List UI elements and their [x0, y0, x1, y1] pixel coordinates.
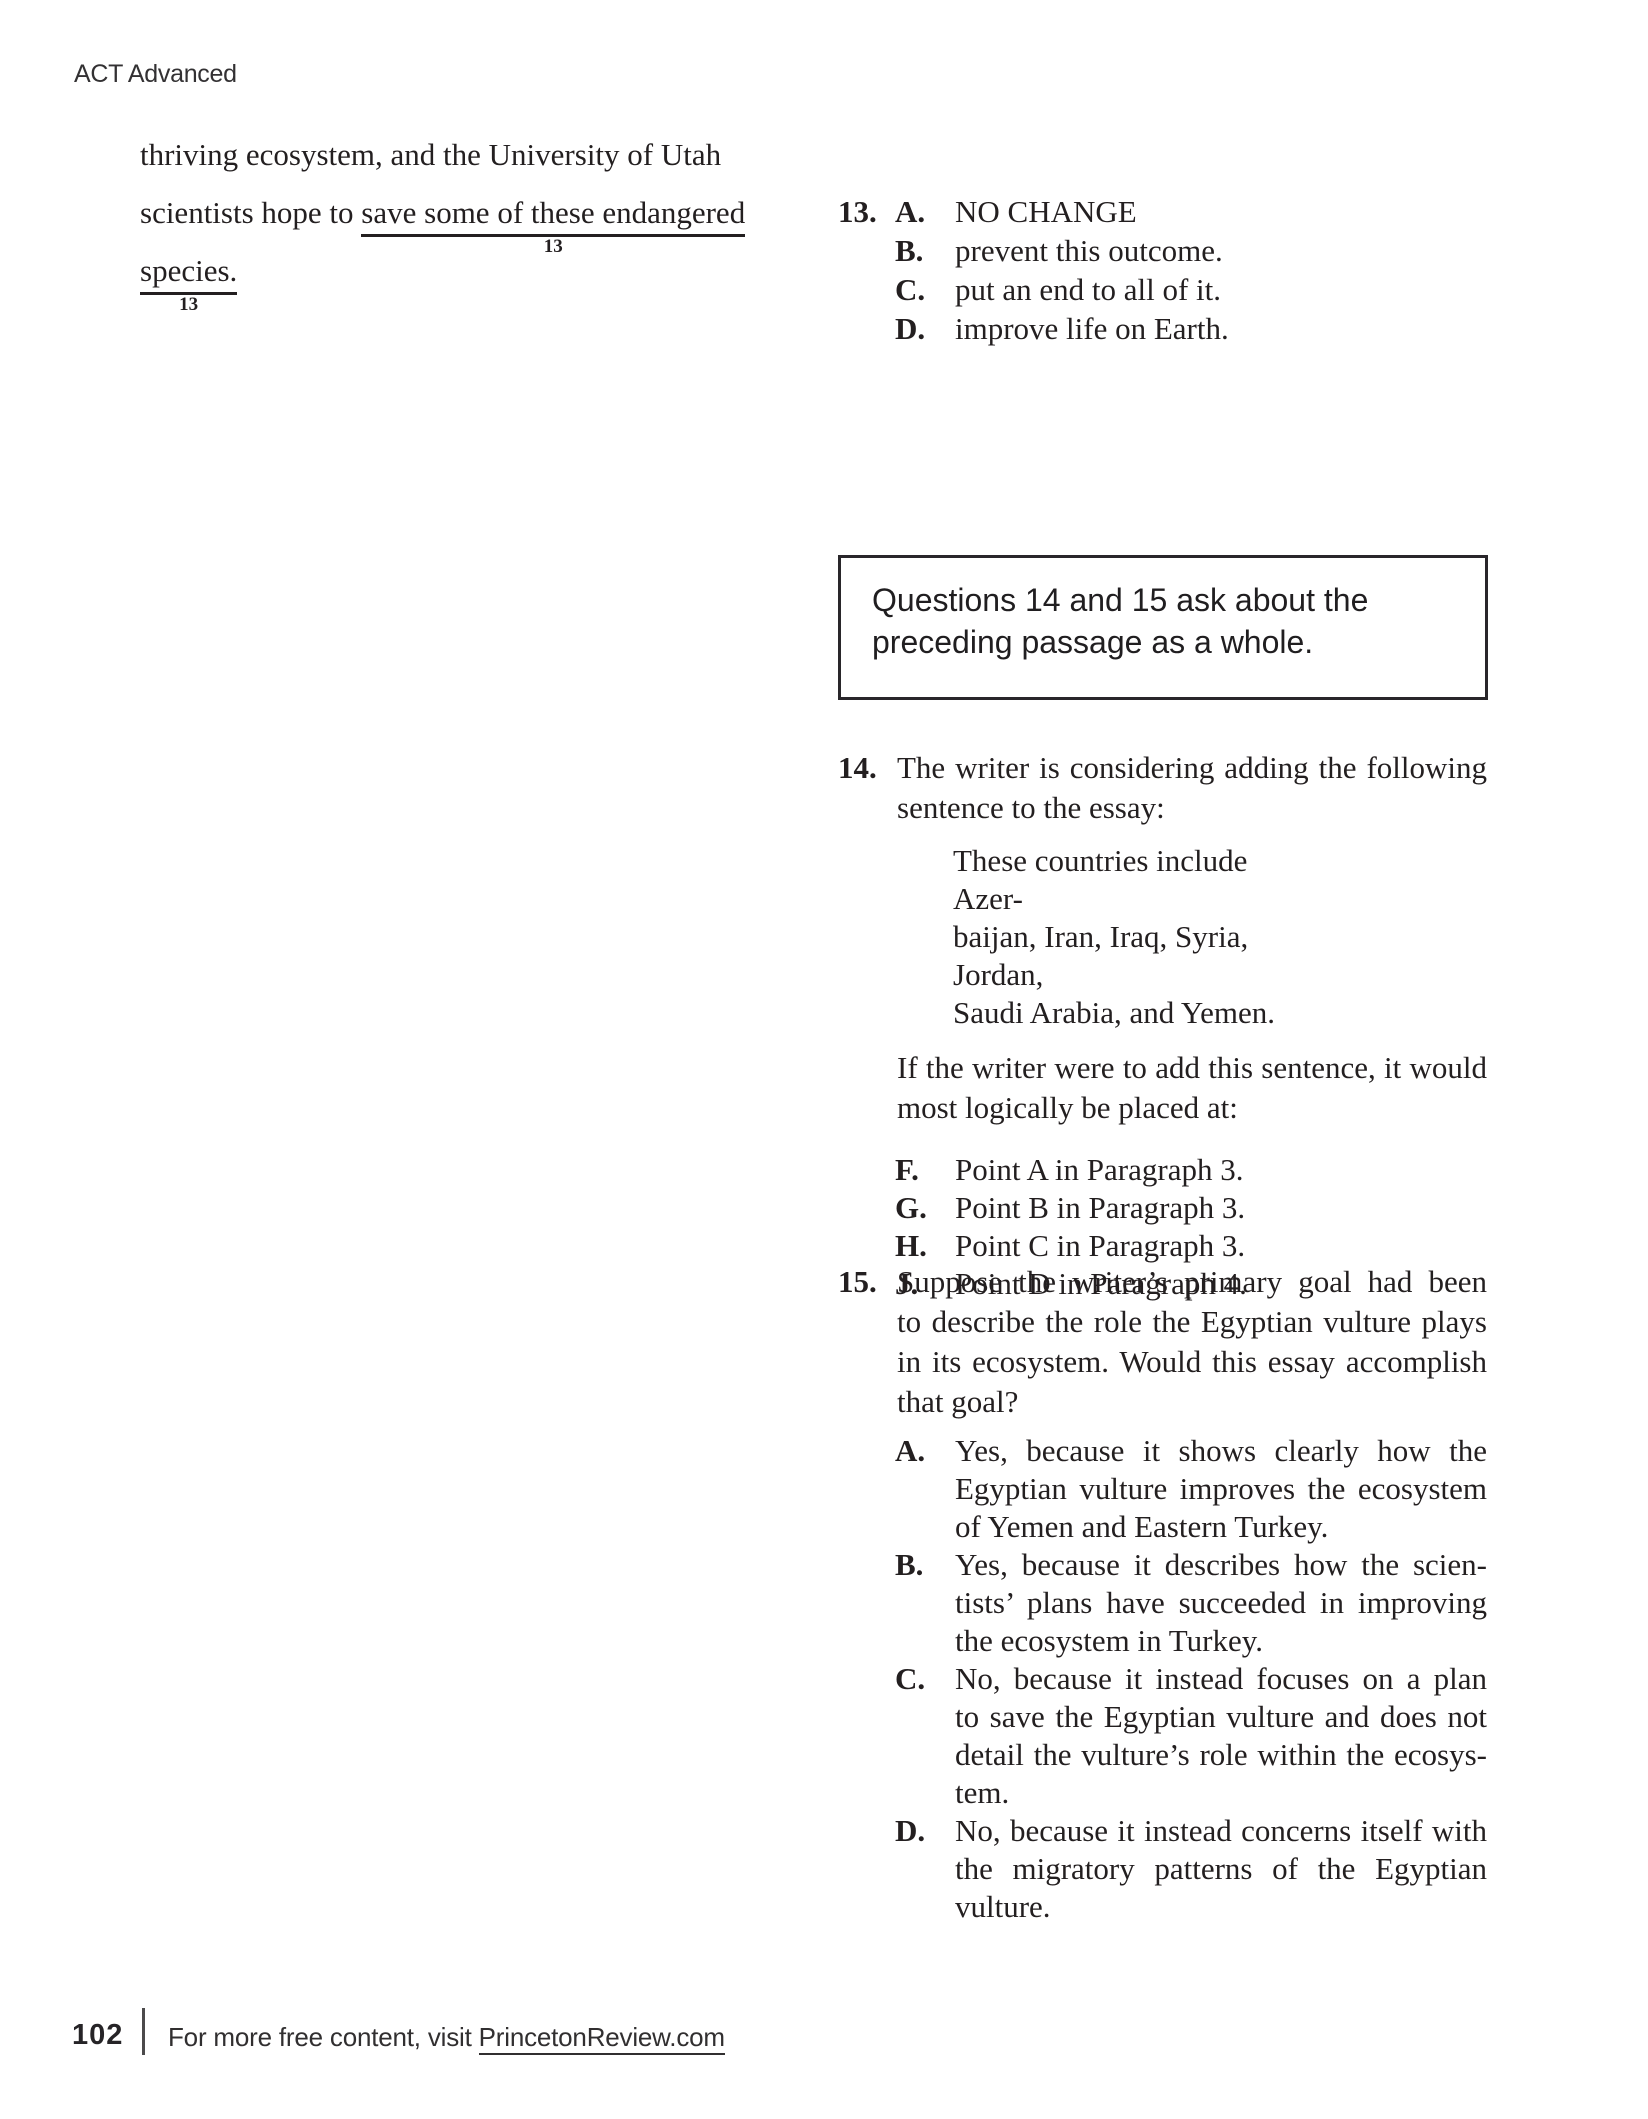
option-c: C. put an end to all of it.	[895, 270, 1229, 309]
option-text: improve life on Earth.	[955, 309, 1229, 348]
text-line: vulture.	[955, 1888, 1487, 1926]
option-letter: C.	[895, 1660, 955, 1698]
text-line: No, because it instead focuses on a plan	[955, 1660, 1487, 1698]
passage-line-3: species.13	[140, 242, 785, 300]
option-text: prevent this outcome.	[955, 231, 1229, 270]
option-d: D. No, because it instead concerns itsel…	[895, 1812, 1487, 1926]
option-letter: D.	[895, 1812, 955, 1850]
option-letter: A.	[895, 1432, 955, 1470]
text-line: NO CHANGE	[955, 192, 1229, 231]
text-line: the ecosystem in Turkey.	[955, 1622, 1487, 1660]
question-13-reference-number: 13	[179, 295, 198, 314]
question-15-number: 15.	[838, 1262, 877, 1302]
text-line: in its ecosystem. Would this essay accom…	[897, 1342, 1487, 1382]
question-14-content: The writer is considering adding the fol…	[897, 748, 1487, 1303]
option-f: F. Point A in Paragraph 3.	[895, 1151, 1487, 1189]
question-13-number: 13.	[838, 192, 877, 231]
option-b: B. prevent this outcome.	[895, 231, 1229, 270]
question-14-stem: The writer is considering adding the fol…	[897, 748, 1487, 828]
option-text: NO CHANGE	[955, 192, 1229, 231]
option-letter: B.	[895, 1546, 955, 1584]
question-14: 14. The writer is considering adding the…	[838, 748, 1487, 1303]
option-letter: F.	[895, 1151, 955, 1189]
text-line: tem.	[955, 1774, 1487, 1812]
passage-text: thriving ecosystem, and the University o…	[140, 126, 785, 300]
text-line: Point A in Paragraph 3.	[955, 1151, 1487, 1189]
underlined-text: species.	[140, 253, 237, 288]
option-h: H. Point C in Paragraph 3.	[895, 1227, 1487, 1265]
page-number: 102	[72, 2019, 123, 2052]
passage-line-1: thriving ecosystem, and the University o…	[140, 126, 785, 184]
option-b: B. Yes, because it describes how the sci…	[895, 1546, 1487, 1660]
text-line: baijan, Iran, Iraq, Syria, Jordan,	[953, 918, 1305, 994]
text-line: that goal?	[897, 1382, 1487, 1422]
text-line: Yes, because it shows clearly how the	[955, 1432, 1487, 1470]
question-14-stem-2: If the writer were to add this sentence,…	[897, 1048, 1487, 1128]
text-line: Yes, because it describes how the scien-	[955, 1546, 1487, 1584]
question-13-options: A. NO CHANGE B. prevent this outcome. C.…	[895, 192, 1229, 348]
option-a: A. Yes, because it shows clearly how the…	[895, 1432, 1487, 1546]
option-g: G. Point B in Paragraph 3.	[895, 1189, 1487, 1227]
text-line: of Yemen and Eastern Turkey.	[955, 1508, 1487, 1546]
text-line: If the writer were to add this sentence,…	[897, 1048, 1487, 1088]
underlined-text: save some of these endangered	[361, 195, 745, 230]
footer-divider	[142, 2008, 145, 2055]
option-text: put an end to all of it.	[955, 270, 1229, 309]
text-line: Egyptian vulture improves the ecosystem	[955, 1470, 1487, 1508]
text-line: put an end to all of it.	[955, 270, 1229, 309]
question-15-options: A. Yes, because it shows clearly how the…	[895, 1432, 1487, 1926]
option-letter: D.	[895, 309, 955, 348]
text-line: sentence to the essay:	[897, 788, 1487, 828]
text-line: to describe the role the Egyptian vultur…	[897, 1302, 1487, 1342]
text-line: Saudi Arabia, and Yemen.	[953, 994, 1305, 1032]
text-line: These countries include Azer-	[953, 842, 1305, 918]
option-text: Point A in Paragraph 3.	[955, 1151, 1487, 1189]
instruction-line-1: Questions 14 and 15 ask about the	[872, 579, 1475, 621]
underlined-phrase-q13: save some of these endangered13	[361, 195, 745, 237]
text-line: the migratory patterns of the Egyptian	[955, 1850, 1487, 1888]
question-14-quoted-sentence: These countries include Azer-baijan, Ira…	[953, 842, 1305, 1032]
footer-link[interactable]: PrincetonReview.com	[479, 2022, 725, 2055]
text-line: Point C in Paragraph 3.	[955, 1227, 1487, 1265]
text-line: most logically be placed at:	[897, 1088, 1487, 1128]
option-text: Yes, because it shows clearly how theEgy…	[955, 1432, 1487, 1546]
page-header-title: ACT Advanced	[74, 60, 237, 89]
passage-line-2-prefix: scientists hope to	[140, 195, 361, 230]
question-15-content: Suppose the writer’s primary goal had be…	[897, 1262, 1487, 1926]
text-line: The writer is considering adding the fol…	[897, 748, 1487, 788]
footer-message: For more free content, visit	[168, 2022, 472, 2052]
question-14-number: 14.	[838, 748, 877, 788]
question-13-reference-number: 13	[544, 237, 563, 256]
option-letter: H.	[895, 1227, 955, 1265]
book-page: ACT Advanced thriving ecosystem, and the…	[0, 0, 1648, 2119]
option-letter: B.	[895, 231, 955, 270]
option-text: No, because it instead focuses on a plan…	[955, 1660, 1487, 1812]
option-text: Yes, because it describes how the scien-…	[955, 1546, 1487, 1660]
footer-text: For more free content, visit PrincetonRe…	[168, 2022, 725, 2053]
text-line: detail the vulture’s role within the eco…	[955, 1736, 1487, 1774]
question-15-stem: Suppose the writer’s primary goal had be…	[897, 1262, 1487, 1422]
text-line: tists’ plans have succeeded in improving	[955, 1584, 1487, 1622]
option-d: D. improve life on Earth.	[895, 309, 1229, 348]
text-line: improve life on Earth.	[955, 309, 1229, 348]
underlined-word-q13: species.13	[140, 253, 237, 295]
option-text: Point B in Paragraph 3.	[955, 1189, 1487, 1227]
text-line: Point B in Paragraph 3.	[955, 1189, 1487, 1227]
text-line: prevent this outcome.	[955, 231, 1229, 270]
option-a: A. NO CHANGE	[895, 192, 1229, 231]
option-c: C. No, because it instead focuses on a p…	[895, 1660, 1487, 1812]
option-letter: C.	[895, 270, 955, 309]
question-13: 13. A. NO CHANGE B. prevent this outcome…	[838, 192, 1229, 348]
option-letter: A.	[895, 192, 955, 231]
option-text: No, because it instead concerns itself w…	[955, 1812, 1487, 1926]
instruction-line-2: preceding passage as a whole.	[872, 621, 1475, 663]
instruction-box: Questions 14 and 15 ask about the preced…	[838, 555, 1488, 700]
option-text: Point C in Paragraph 3.	[955, 1227, 1487, 1265]
passage-line-2: scientists hope to save some of these en…	[140, 184, 785, 242]
question-15: 15. Suppose the writer’s primary goal ha…	[838, 1262, 1487, 1926]
option-letter: G.	[895, 1189, 955, 1227]
text-line: No, because it instead concerns itself w…	[955, 1812, 1487, 1850]
text-line: Suppose the writer’s primary goal had be…	[897, 1262, 1487, 1302]
text-line: to save the Egyptian vulture and does no…	[955, 1698, 1487, 1736]
